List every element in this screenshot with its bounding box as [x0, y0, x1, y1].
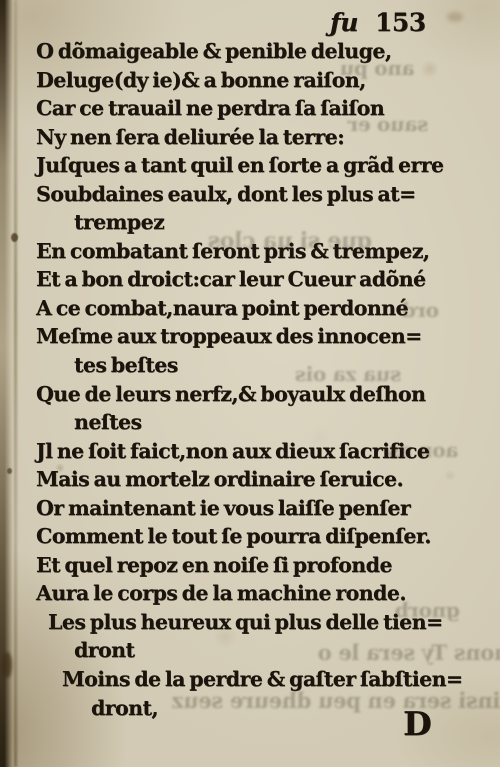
verse-line: Or maintenant ie vous laiſſe penſer: [36, 494, 488, 523]
verse-line: Et quel repoz en noiſe ſi profonde: [36, 551, 488, 580]
book-page: ano pusauo erque si ua closordsua za ois…: [0, 0, 500, 767]
verse-line: Mais au mortelz ordinaire ſeruice.: [36, 465, 488, 494]
verse-line: Deluge(dy ie)& a bonne raiſon,: [36, 66, 488, 95]
ink-spot: [7, 468, 12, 474]
verse-line: tes beſtes: [36, 351, 488, 380]
verse-line: Les plus heureux qui plus delle tien=: [36, 608, 488, 637]
verse-line: O dõmaigeable & penible deluge,: [36, 37, 488, 66]
verse-line: Et a bon droict:car leur Cueur adõné: [36, 265, 488, 294]
verse-line: Car ce trauail ne perdra ſa ſaiſon: [36, 94, 488, 123]
verse-line: Que de leurs nerfz,& boyaulx deſhon: [36, 380, 488, 409]
verse-line: neſtes: [36, 408, 488, 437]
verse-line: En combatant ſeront pris & trempez,: [36, 237, 488, 266]
verse-line: Aura le corps de la machine ronde.: [36, 579, 488, 608]
page-crease: [14, 0, 17, 767]
folio-label: ƒu: [330, 8, 358, 37]
verse-line: Moins de la perdre & gaſter ſabſtien=: [36, 665, 488, 694]
page-stain: [447, 12, 463, 22]
verse-line: Ny nen ſera deliurée la terre:: [36, 123, 488, 152]
verse-line: Comment le tout ſe pourra diſpenſer.: [36, 522, 488, 551]
verse-line: dront: [36, 636, 488, 665]
folio-header: ƒu 153: [330, 8, 426, 37]
page-stain: [2, 652, 12, 678]
folio-number: 153: [375, 8, 426, 37]
verse-line: Juſques a tant quil en ſorte a grãd erre: [36, 151, 488, 180]
poem-text: O dõmaigeable & penible deluge,Deluge(dy…: [36, 37, 488, 722]
verse-line: A ce combat,naura point perdonné: [36, 294, 488, 323]
signature-mark: D: [403, 704, 432, 743]
verse-line: Meſme aux troppeaux des innocen=: [36, 322, 488, 351]
verse-line: trempez: [36, 208, 488, 237]
verse-line: Soubdaines eaulx, dont les plus at=: [36, 180, 488, 209]
ink-spot: [11, 233, 18, 242]
verse-line: Jl ne ſoit faict,non aux dieux ſacrifice: [36, 437, 488, 466]
